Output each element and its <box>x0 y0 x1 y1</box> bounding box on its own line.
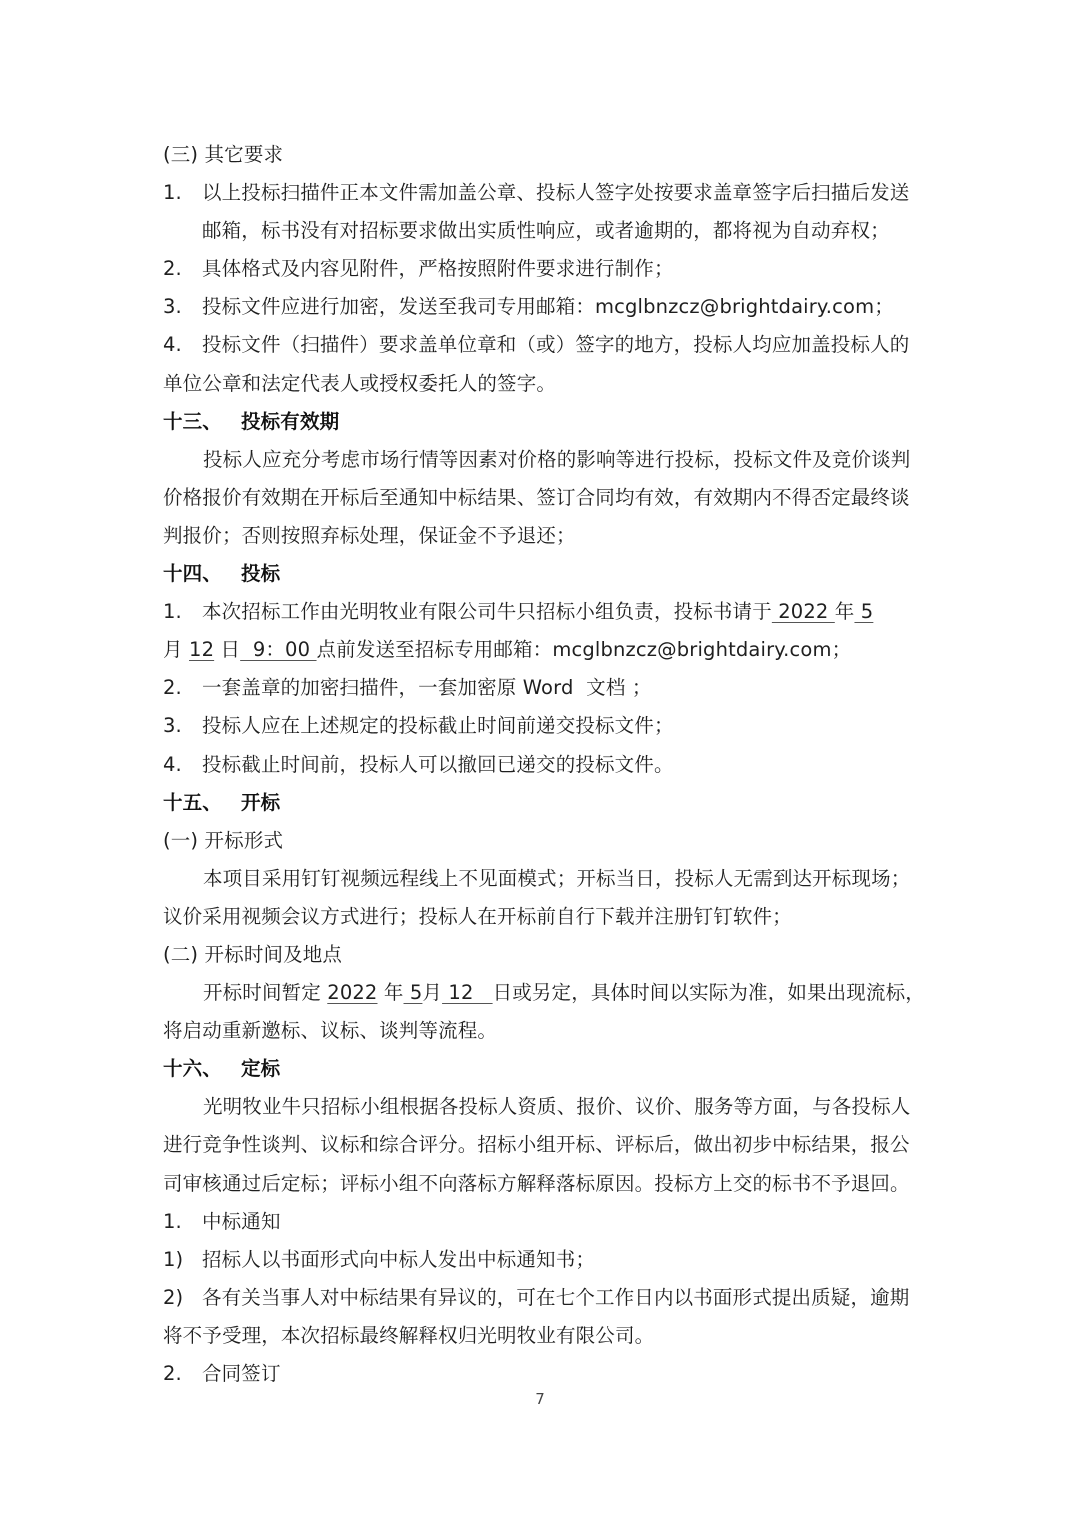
list-text: 中标通知 <box>202 1210 281 1233</box>
section-number: 十三、 <box>163 403 241 441</box>
paragraph-line: 司审核通过后定标；评标小组不向落标方解释落标原因。投标方上交的标书不予退回。 <box>163 1165 920 1203</box>
list-text: 合同签订 <box>202 1362 281 1385</box>
list-item: 1.中标通知 <box>163 1203 920 1241</box>
list-number: 2. <box>163 250 202 288</box>
paragraph-text: 开标时间暂定 <box>203 981 321 1004</box>
subsection-title-opening-time: (二) 开标时间及地点 <box>163 936 920 974</box>
section-number: 十四、 <box>163 555 241 593</box>
section-number: 十五、 <box>163 784 241 822</box>
list-item: 2.合同签订 <box>163 1355 920 1393</box>
month-unit: 月 <box>422 981 442 1004</box>
section-number: 十六、 <box>163 1050 241 1088</box>
list-text: 具体格式及内容见附件，严格按照附件要求进行制作； <box>202 257 674 280</box>
paragraph-line: 价格报价有效期在开标后至通知中标结果、签订合同均有效，有效期内不得否定最终谈 <box>163 479 920 517</box>
section-heading-16: 十六、定标 <box>163 1050 920 1088</box>
list-text: 投标截止时间前，投标人可以撤回已递交的投标文件。 <box>202 753 674 776</box>
list-item: 4.投标截止时间前，投标人可以撤回已递交的投标文件。 <box>163 746 920 784</box>
deadline-time: 9：00 <box>240 638 316 661</box>
list-number: 3. <box>163 707 202 745</box>
list-number: 1. <box>163 593 202 631</box>
list-text: 一套盖章的加密扫描件，一套加密原 Word 文档 ； <box>202 676 651 699</box>
opening-year: 2022 <box>327 981 377 1004</box>
month-unit: 月 <box>163 638 183 661</box>
year-unit: 年 <box>384 981 404 1004</box>
subsection-title-other-requirements: (三) 其它要求 <box>163 136 920 174</box>
list-item-continuation: 将不予受理，本次招标最终解释权归光明牧业有限公司。 <box>163 1317 920 1355</box>
section-title: 投标有效期 <box>241 410 339 433</box>
paragraph-text: 日或另定，具体时间以实际为准，如果出现流标， <box>493 981 925 1004</box>
list-number: 3. <box>163 288 202 326</box>
list-number: 1) <box>163 1241 202 1279</box>
year-unit: 年 <box>835 600 855 623</box>
list-item: 2.具体格式及内容见附件，严格按照附件要求进行制作； <box>163 250 920 288</box>
list-item-continuation: 单位公章和法定代表人或授权委托人的签字。 <box>163 365 920 403</box>
sub-list-item: 2)各有关当事人对中标结果有异议的，可在七个工作日内以书面形式提出质疑，逾期 <box>163 1279 920 1317</box>
opening-month: 5 <box>404 981 423 1004</box>
paragraph-line: 将启动重新邀标、议标、谈判等流程。 <box>163 1012 920 1050</box>
page-number: 7 <box>0 1390 1080 1408</box>
paragraph-line: 议价采用视频会议方式进行；投标人在开标前自行下载并注册钉钉软件； <box>163 898 920 936</box>
paragraph-line: 判报价；否则按照弃标处理，保证金不予退还； <box>163 517 920 555</box>
paragraph-line: 开标时间暂定 2022 年 5月 12 日或另定，具体时间以实际为准，如果出现流… <box>163 974 920 1012</box>
deadline-day: 12 <box>189 638 214 661</box>
list-item: 3.投标人应在上述规定的投标截止时间前递交投标文件； <box>163 707 920 745</box>
list-item-continuation: 邮箱，标书没有对招标要求做出实质性响应，或者逾期的，都将视为自动弃权； <box>163 212 920 250</box>
section-title: 投标 <box>241 562 280 585</box>
list-text: 以上投标扫描件正本文件需加盖公章、投标人签字处按要求盖章签字后扫描后发送 <box>202 181 909 204</box>
document-page: (三) 其它要求 1.以上投标扫描件正本文件需加盖公章、投标人签字处按要求盖章签… <box>163 136 920 1393</box>
deadline-month: 5 <box>854 600 873 623</box>
list-item: 3.投标文件应进行加密，发送至我司专用邮箱：mcglbnzcz@brightda… <box>163 288 920 326</box>
list-item: 2.一套盖章的加密扫描件，一套加密原 Word 文档 ； <box>163 669 920 707</box>
section-title: 定标 <box>241 1057 280 1080</box>
paragraph-line: 进行竞争性谈判、议标和综合评分。招标小组开标、评标后，做出初步中标结果，报公 <box>163 1126 920 1164</box>
list-text: 招标人以书面形式向中标人发出中标通知书； <box>202 1248 595 1271</box>
section-heading-13: 十三、投标有效期 <box>163 403 920 441</box>
opening-day: 12 <box>442 981 493 1004</box>
section-heading-15: 十五、开标 <box>163 784 920 822</box>
sub-list-item: 1)招标人以书面形式向中标人发出中标通知书； <box>163 1241 920 1279</box>
list-number: 4. <box>163 326 202 364</box>
list-item-continuation: 月 12 日 9：00 点前发送至招标专用邮箱：mcglbnzcz@bright… <box>163 631 920 669</box>
section-title: 开标 <box>241 791 280 814</box>
deadline-year: 2022 <box>772 600 835 623</box>
list-text-email: 点前发送至招标专用邮箱：mcglbnzcz@brightdairy.com； <box>317 638 852 661</box>
list-text: 投标文件（扫描件）要求盖单位章和（或）签字的地方，投标人均应加盖投标人的 <box>202 333 909 356</box>
list-number: 2. <box>163 669 202 707</box>
list-item: 1.以上投标扫描件正本文件需加盖公章、投标人签字处按要求盖章签字后扫描后发送 <box>163 174 920 212</box>
paragraph-line: 本项目采用钉钉视频远程线上不见面模式；开标当日，投标人无需到达开标现场； <box>163 860 920 898</box>
list-text: 投标人应在上述规定的投标截止时间前递交投标文件； <box>202 714 674 737</box>
list-number: 2. <box>163 1355 202 1393</box>
list-text: 本次招标工作由光明牧业有限公司牛只招标小组负责，投标书请于 <box>202 600 772 623</box>
list-number: 4. <box>163 746 202 784</box>
list-number: 2) <box>163 1279 202 1317</box>
list-text: 各有关当事人对中标结果有异议的，可在七个工作日内以书面形式提出质疑，逾期 <box>202 1286 909 1309</box>
section-heading-14: 十四、投标 <box>163 555 920 593</box>
list-item: 1.本次招标工作由光明牧业有限公司牛只招标小组负责，投标书请于 2022 年 5 <box>163 593 920 631</box>
paragraph-line: 投标人应充分考虑市场行情等因素对价格的影响等进行投标，投标文件及竞价谈判 <box>163 441 920 479</box>
list-number: 1. <box>163 174 202 212</box>
list-number: 1. <box>163 1203 202 1241</box>
day-unit: 日 <box>221 638 241 661</box>
paragraph-line: 光明牧业牛只招标小组根据各投标人资质、报价、议价、服务等方面，与各投标人 <box>163 1088 920 1126</box>
subsection-title-opening-form: (一) 开标形式 <box>163 822 920 860</box>
list-text-email: 投标文件应进行加密，发送至我司专用邮箱：mcglbnzcz@brightdair… <box>202 295 894 318</box>
list-item: 4.投标文件（扫描件）要求盖单位章和（或）签字的地方，投标人均应加盖投标人的 <box>163 326 920 364</box>
